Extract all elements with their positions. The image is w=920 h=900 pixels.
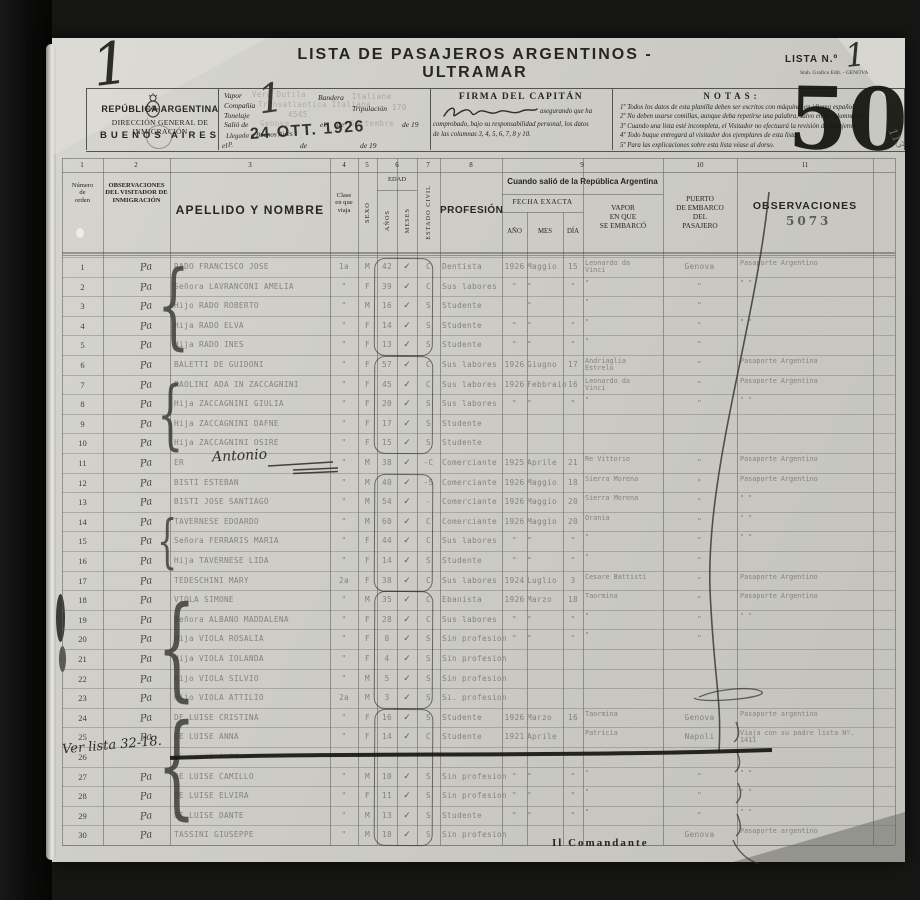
cell-puerto: " xyxy=(663,517,736,527)
table-row: 29Pa"M13✓SStudente"""""" "DE LUISE DANTE xyxy=(0,806,920,826)
cell-vapor: " xyxy=(585,338,662,345)
cell-mes: Aprile xyxy=(527,732,563,742)
cell-obs: Pasaporte Argentino xyxy=(740,260,870,267)
handwritten-name: Antonio xyxy=(212,450,268,463)
cell-dia: 15 xyxy=(563,262,583,272)
cell-clase: " xyxy=(330,772,358,782)
cell-obs: " " xyxy=(740,280,870,287)
cell-vapor: " xyxy=(585,299,662,306)
cell-prof: Sus labores xyxy=(442,282,502,292)
cell-obs: Pasaporte Argentino xyxy=(740,574,870,581)
cell-prof: Studente xyxy=(442,556,502,566)
cell-vapor: Cesare Battisti xyxy=(585,574,662,581)
table-body: 12345678910111Pa1aM42✓CDentista1926Maggi… xyxy=(0,0,920,900)
cell-mes: " xyxy=(527,772,563,782)
table-row: 24Pa"F16✓SStudente1926Marzo16TaorminaGen… xyxy=(0,708,920,728)
cell-mes: " xyxy=(527,399,563,409)
cell-name: TAVERNESE EDOARDO xyxy=(174,517,328,527)
cell-n: 4 xyxy=(62,321,103,331)
cell-vapor: Orania xyxy=(585,515,662,522)
cell-obs: Pasaporte argentino xyxy=(740,711,870,718)
cell-mes: Febbraio xyxy=(527,380,563,390)
cell-name: PAOLINI ADA IN ZACCAGNINI xyxy=(174,380,328,390)
cell-name: Hija RADO INES xyxy=(174,340,328,350)
table-row: 4Pa"F14✓SStudente"""""" "Hija RADO ELVA xyxy=(0,316,920,336)
cell-puerto: " xyxy=(663,282,736,292)
cell-ano: 1926 xyxy=(502,595,527,605)
table-row: 19Pa"F28✓CSus labores"""""" "Señora ALBA… xyxy=(0,610,920,630)
cell-prof: Studente xyxy=(442,301,502,311)
cell-vapor: " xyxy=(585,397,662,404)
cell-prof: Sin profesion xyxy=(442,674,502,684)
cell-n: 3 xyxy=(62,301,103,311)
cell-obs: " " xyxy=(740,770,870,777)
cell-n: 10 xyxy=(62,438,103,448)
cell-name: Hija ZACCAGNINI GIULIA xyxy=(174,399,328,409)
col-number: 6 xyxy=(382,161,412,169)
cell-clase: " xyxy=(330,517,358,527)
cell-prof: Sus labores xyxy=(442,360,502,370)
cell-mark: Pa xyxy=(139,476,168,489)
cell-obs: Pasaporte Argentina xyxy=(740,358,870,365)
cell-dia: " xyxy=(563,615,583,625)
cell-puerto: " xyxy=(663,634,736,644)
cell-mes: " xyxy=(527,321,563,331)
cell-ano: 1926 xyxy=(502,517,527,527)
cell-name: BISTI JOSE SANTIAGO xyxy=(174,497,328,507)
cell-n: 30 xyxy=(62,830,103,840)
cell-clase: " xyxy=(330,360,358,370)
cell-prof: Comerciante xyxy=(442,458,502,468)
cell-puerto: Genova xyxy=(663,262,736,272)
cell-n: 29 xyxy=(62,811,103,821)
cell-clase: " xyxy=(330,595,358,605)
cell-n: 16 xyxy=(62,556,103,566)
cell-obs: Viaja con su padre lista Nº. 1411 xyxy=(740,730,870,744)
table-row: 11Pa"M38✓-CComerciante1925Aprile21Re Vit… xyxy=(0,453,920,473)
cell-clase: " xyxy=(330,321,358,331)
family-brace: { xyxy=(157,588,196,710)
cell-ano: " xyxy=(502,321,527,331)
cell-ano: 1924 xyxy=(502,576,527,586)
cell-clase: 1a xyxy=(330,262,358,272)
cell-puerto: " xyxy=(663,301,736,311)
cell-n: 20 xyxy=(62,634,103,644)
cell-obs: " " xyxy=(740,613,870,620)
grid-line xyxy=(62,172,895,173)
cell-mes: Marzo xyxy=(527,595,563,605)
cell-puerto: " xyxy=(663,595,736,605)
cell-dia: 17 xyxy=(563,360,583,370)
cell-prof: Sus labores xyxy=(442,536,502,546)
cell-dia: 20 xyxy=(563,517,583,527)
table-row: 16Pa"F14✓SStudente"""""Hija TAVERNESE LI… xyxy=(0,551,920,571)
cell-chk: ✓ xyxy=(397,458,417,468)
cell-n: 9 xyxy=(62,419,103,429)
table-row: 10Pa"F15✓SStudenteHija ZACCAGNINI OSIRE xyxy=(0,433,920,453)
cell-prof: Comerciante xyxy=(442,478,502,488)
scanned-passenger-list-photo: 1 LISTA DE PASAJEROS ARGENTINOS - ULTRAM… xyxy=(0,0,920,900)
cell-vapor: Leonardo da Vinci xyxy=(585,378,662,392)
cell-puerto: " xyxy=(663,478,736,488)
cell-vapor: " xyxy=(585,319,662,326)
cell-name: Señora FERRARIS MARIA xyxy=(174,536,328,546)
table-row: 13Pa"M54✓-Comerciante1926Maggio20Sierra … xyxy=(0,492,920,512)
cell-sexo: M xyxy=(358,458,377,468)
cell-obs: Pasaporte Argentina xyxy=(740,378,870,385)
cell-name: TEDESCHINI MARY xyxy=(174,576,328,586)
cell-n: 21 xyxy=(62,654,103,664)
cell-name: BISTI ESTEBAN xyxy=(174,478,328,488)
cell-puerto: " xyxy=(663,615,736,625)
cell-dia: " xyxy=(563,556,583,566)
cell-n: 12 xyxy=(62,478,103,488)
cell-prof: Studente xyxy=(442,713,502,723)
cell-mes: " xyxy=(527,791,563,801)
cell-puerto: " xyxy=(663,321,736,331)
cell-prof: Comerciante xyxy=(442,497,502,507)
table-row: 9Pa"F17✓SStudenteHija ZACCAGNINI DAFNE xyxy=(0,414,920,434)
cell-clase: " xyxy=(330,811,358,821)
commander-signature-label: Il Comandante xyxy=(552,837,649,849)
cell-vapor: Sierra Morena xyxy=(585,495,662,502)
cell-mes: " xyxy=(527,615,563,625)
cell-obs: " " xyxy=(740,319,870,326)
cell-ano: " xyxy=(502,282,527,292)
cell-obs: " " xyxy=(740,397,870,404)
cell-ano: " xyxy=(502,556,527,566)
cell-clase: " xyxy=(330,478,358,488)
cell-prof: Sin profesion xyxy=(442,791,502,801)
cell-n: 23 xyxy=(62,693,103,703)
table-row: 7Pa"F45✓CSus labores1926Febbraio16Leonar… xyxy=(0,375,920,395)
cell-puerto: " xyxy=(663,811,736,821)
cell-dia: 21 xyxy=(563,458,583,468)
cell-clase: " xyxy=(330,791,358,801)
cell-n: 11 xyxy=(62,458,103,468)
cell-prof: Sin profesion xyxy=(442,830,502,840)
cell-name: DE LUISE ELVIRA xyxy=(174,791,328,801)
cell-dia: " xyxy=(563,536,583,546)
cell-clase: " xyxy=(330,536,358,546)
grid-line xyxy=(377,190,417,191)
col-number: 1 xyxy=(67,161,97,169)
cell-ano: " xyxy=(502,615,527,625)
cell-ano: 1925 xyxy=(502,458,527,468)
cell-clase: " xyxy=(330,380,358,390)
cell-ano: " xyxy=(502,634,527,644)
cell-clase: " xyxy=(330,419,358,429)
pen-box-annotation xyxy=(374,473,434,591)
cell-prof: Studente xyxy=(442,811,502,821)
cell-prof: Dentista xyxy=(442,262,502,272)
cell-name: DE LUISE ANNA xyxy=(174,732,328,742)
cell-prof: Sus labores xyxy=(442,576,502,586)
cell-name: DE LUISE DANTE xyxy=(174,811,328,821)
table-row: 18Pa"M35✓CEbanista1926Marzo18Taormina"Pa… xyxy=(0,590,920,610)
cell-puerto: " xyxy=(663,536,736,546)
cell-clase: " xyxy=(330,713,358,723)
cell-vapor: " xyxy=(585,809,662,816)
cell-dia: " xyxy=(563,772,583,782)
cell-prof: Sin profesion xyxy=(442,654,502,664)
cell-mes: " xyxy=(527,282,563,292)
cell-ano: " xyxy=(502,399,527,409)
cell-mes: " xyxy=(527,634,563,644)
pen-box-annotation xyxy=(374,591,434,709)
cell-vapor: " xyxy=(585,554,662,561)
cell-n: 14 xyxy=(62,517,103,527)
cell-puerto: " xyxy=(663,497,736,507)
cell-dia: " xyxy=(563,321,583,331)
cell-ano: 1926 xyxy=(502,713,527,723)
grid-line xyxy=(502,212,583,213)
cell-n: 2 xyxy=(62,282,103,292)
cell-mes: " xyxy=(527,556,563,566)
table-row: 15Pa"F44✓CSus labores"""""" "Señora FERR… xyxy=(0,531,920,551)
cell-dia: " xyxy=(563,399,583,409)
grid-line xyxy=(62,158,895,159)
cell-clase: " xyxy=(330,282,358,292)
cell-vapor: Sierra Morena xyxy=(585,476,662,483)
cell-vapor: Taormina xyxy=(585,711,662,718)
cell-prof: Sin profesion xyxy=(442,772,502,782)
table-row: 17Pa2aF38✓CSus labores1924Luglio3Cesare … xyxy=(0,571,920,591)
cell-mes: Maggio xyxy=(527,517,563,527)
cell-prof: Studente xyxy=(442,340,502,350)
cell-dia: 3 xyxy=(563,576,583,586)
cell-puerto: " xyxy=(663,340,736,350)
cell-n: 18 xyxy=(62,595,103,605)
cell-obs: Pasaporte argentino xyxy=(740,828,870,835)
cell-puerto: " xyxy=(663,556,736,566)
cell-n: 27 xyxy=(62,772,103,782)
cell-obs: " " xyxy=(740,809,870,816)
cell-vapor: " xyxy=(585,534,662,541)
col-number: 10 xyxy=(685,161,715,169)
col-number: 5 xyxy=(352,161,382,169)
cell-clase: " xyxy=(330,438,358,448)
cell-dia: 16 xyxy=(563,713,583,723)
cell-mes: Giugno xyxy=(527,360,563,370)
cell-obs: Pasaporte Argentino xyxy=(740,476,870,483)
col-number: 8 xyxy=(456,161,486,169)
cell-name: Hija ZACCAGNINI DAFNE xyxy=(174,419,328,429)
grid-line xyxy=(502,194,663,195)
cell-vapor: " xyxy=(585,613,662,620)
cell-clase: " xyxy=(330,399,358,409)
cell-clase: " xyxy=(330,556,358,566)
table-row: 22Pa"M5✓SSin profesionHijo VIOLA SILVIO xyxy=(0,669,920,689)
cell-n: 6 xyxy=(62,360,103,370)
table-row: 12Pa"M40✓-SComerciante1926Maggio18Sierra… xyxy=(0,473,920,493)
cell-n: 8 xyxy=(62,399,103,409)
family-brace: { xyxy=(157,255,190,357)
cell-obs: " " xyxy=(740,789,870,796)
table-row: 8Pa"F20✓SSus labores"""""" "Hija ZACCAGN… xyxy=(0,394,920,414)
cell-name: Hija VIOLA ROSALIA xyxy=(174,634,328,644)
cell-estado: -C xyxy=(417,458,440,468)
cell-clase: " xyxy=(330,497,358,507)
cell-mes: " xyxy=(527,340,563,350)
cell-puerto: " xyxy=(663,399,736,409)
cell-name: VIOLA SIMONE xyxy=(174,595,328,605)
pen-box-annotation xyxy=(374,709,434,846)
table-row: 20Pa"F8✓SSin profesion"""""Hija VIOLA RO… xyxy=(0,629,920,649)
cell-vapor: Andriaglia Estrelo xyxy=(585,358,662,372)
cell-prof: Studente xyxy=(442,732,502,742)
cell-n: 19 xyxy=(62,615,103,625)
cell-vapor: " xyxy=(585,789,662,796)
cell-clase: " xyxy=(330,634,358,644)
cell-puerto: Napoli xyxy=(663,732,736,742)
cell-name: Hija TAVERNESE LIDA xyxy=(174,556,328,566)
cell-n: 17 xyxy=(62,576,103,586)
cell-dia: " xyxy=(563,811,583,821)
cell-puerto: " xyxy=(663,791,736,801)
cell-ano: " xyxy=(502,791,527,801)
cell-obs: Pasaporte Argentino xyxy=(740,593,870,600)
cell-mark: Pa xyxy=(139,456,168,469)
cell-vapor: " xyxy=(585,632,662,639)
cell-mes: Maggio xyxy=(527,478,563,488)
cell-puerto: " xyxy=(663,360,736,370)
cell-clase: " xyxy=(330,830,358,840)
cell-ano: " xyxy=(502,340,527,350)
cell-n: 22 xyxy=(62,674,103,684)
cell-mes: Marzo xyxy=(527,713,563,723)
cell-mes: Aprile xyxy=(527,458,563,468)
pen-box-annotation xyxy=(374,356,434,454)
table-row: 30Pa"M18✓SSin profesionGenovaPasaporte a… xyxy=(0,825,920,845)
cell-obs: Pasaporte Argentino xyxy=(740,456,870,463)
cell-vapor: Leonardo da Vinci xyxy=(585,260,662,274)
cell-prof: Studente xyxy=(442,438,502,448)
cell-dia: 16 xyxy=(563,380,583,390)
table-row: 21Pa"F4✓SSin profesionHija VIOLA IOLANDA xyxy=(0,649,920,669)
table-row: 3Pa"M16✓SStudente"""Hijo RADO ROBERTO xyxy=(0,296,920,316)
col-number: 3 xyxy=(235,161,265,169)
row-line xyxy=(62,845,895,846)
cell-name: DE LUISE ALDO xyxy=(174,752,328,762)
cell-clase: " xyxy=(330,458,358,468)
col-number: 7 xyxy=(413,161,443,169)
cell-dia: 20 xyxy=(563,497,583,507)
table-row: 23Pa2aM3✓SSi. profesionHijo VIOLA ATTILI… xyxy=(0,688,920,708)
cell-vapor: Patricia xyxy=(585,730,662,737)
cell-puerto: " xyxy=(663,576,736,586)
col-number: 2 xyxy=(121,161,151,169)
cell-clase: " xyxy=(330,340,358,350)
cell-clase: " xyxy=(330,674,358,684)
cell-obs: " " xyxy=(740,515,870,522)
cell-dia: " xyxy=(563,791,583,801)
cell-clase: " xyxy=(330,615,358,625)
cell-clase: 2a xyxy=(330,693,358,703)
cell-ano: " xyxy=(502,772,527,782)
cell-name: Hijo VIOLA SILVIO xyxy=(174,674,328,684)
cell-n: 5 xyxy=(62,340,103,350)
cell-puerto: " xyxy=(663,458,736,468)
cell-ano: 1926 xyxy=(502,262,527,272)
cell-anos: 38 xyxy=(377,458,397,468)
cell-ano: " xyxy=(502,811,527,821)
cell-n: 24 xyxy=(62,713,103,723)
cell-name: DE LUISE CRISTINA xyxy=(174,713,328,723)
family-brace: { xyxy=(157,706,196,828)
cell-ano: 1926 xyxy=(502,497,527,507)
cell-n: 1 xyxy=(62,262,103,272)
cell-name: TASSINI GIUSEPPE xyxy=(174,830,328,840)
cell-vapor: " xyxy=(585,770,662,777)
cell-prof: Sus labores xyxy=(442,380,502,390)
cell-prof: Studente xyxy=(442,321,502,331)
cell-name: Señora ALBANO MADDALENA xyxy=(174,615,328,625)
cell-puerto: " xyxy=(663,772,736,782)
cell-mes: " xyxy=(527,536,563,546)
cell-clase: " xyxy=(330,732,358,742)
cell-n: 13 xyxy=(62,497,103,507)
cell-name: Hijo RADO ROBERTO xyxy=(174,301,328,311)
cell-prof: Comerciante xyxy=(442,517,502,527)
cell-mes: " xyxy=(527,811,563,821)
family-brace: { xyxy=(157,373,184,455)
cell-vapor: " xyxy=(585,280,662,287)
cell-ano: 1921 xyxy=(502,732,527,742)
cell-n: 7 xyxy=(62,380,103,390)
cell-name: Hija VIOLA IOLANDA xyxy=(174,654,328,664)
cell-prof: Ebanista xyxy=(442,595,502,605)
cell-ano: 1926 xyxy=(502,360,527,370)
cell-dia: " xyxy=(563,634,583,644)
cell-dia: 18 xyxy=(563,595,583,605)
table-row: 1Pa1aM42✓CDentista1926Maggio15Leonardo d… xyxy=(0,257,920,277)
cell-prof: Si. profesion xyxy=(442,693,502,703)
table-row: 6Pa"F57✓CSus labores1926Giugno17Andriagl… xyxy=(0,355,920,375)
cell-obs: " " xyxy=(740,495,870,502)
cell-name: RADO FRANCISCO JOSE xyxy=(174,262,328,272)
cell-ano: 1926 xyxy=(502,380,527,390)
cell-name: Hija RADO ELVA xyxy=(174,321,328,331)
table-row: 28Pa"F11✓SSin profesion"""""" "DE LUISE … xyxy=(0,786,920,806)
cell-clase: 2a xyxy=(330,576,358,586)
cell-mes: Maggio xyxy=(527,262,563,272)
cell-prof: Studente xyxy=(442,419,502,429)
cell-puerto: Genova xyxy=(663,713,736,723)
cell-name: Hijo VIOLA ATTILIO xyxy=(174,693,328,703)
cell-name: DE LUISE CAMILLO xyxy=(174,772,328,782)
cell-mes: Luglio xyxy=(527,576,563,586)
cell-puerto: Genova xyxy=(663,830,736,840)
cell-name: BALETTI DE GUIDONI xyxy=(174,360,328,370)
cell-vapor: Taormina xyxy=(585,593,662,600)
cell-vapor: Re Vittorio xyxy=(585,456,662,463)
cell-dia: " xyxy=(563,340,583,350)
cell-clase: " xyxy=(330,654,358,664)
cell-mes: " xyxy=(527,301,563,311)
col-number: 9 xyxy=(567,161,597,169)
cell-name: Señora LAVRANCONI AMELIA xyxy=(174,282,328,292)
col-number: 11 xyxy=(790,161,820,169)
cell-prof: Sin profesion xyxy=(442,634,502,644)
cell-mes: Maggio xyxy=(527,497,563,507)
cell-n: 15 xyxy=(62,536,103,546)
table-row: 5Pa"F13✓SStudente"""""Hija RADO INES xyxy=(0,335,920,355)
table-row: 14Pa"M60✓CComerciante1926Maggio20Orania"… xyxy=(0,512,920,532)
cell-puerto: " xyxy=(663,380,736,390)
family-brace: { xyxy=(157,510,177,573)
cell-ano: " xyxy=(502,536,527,546)
